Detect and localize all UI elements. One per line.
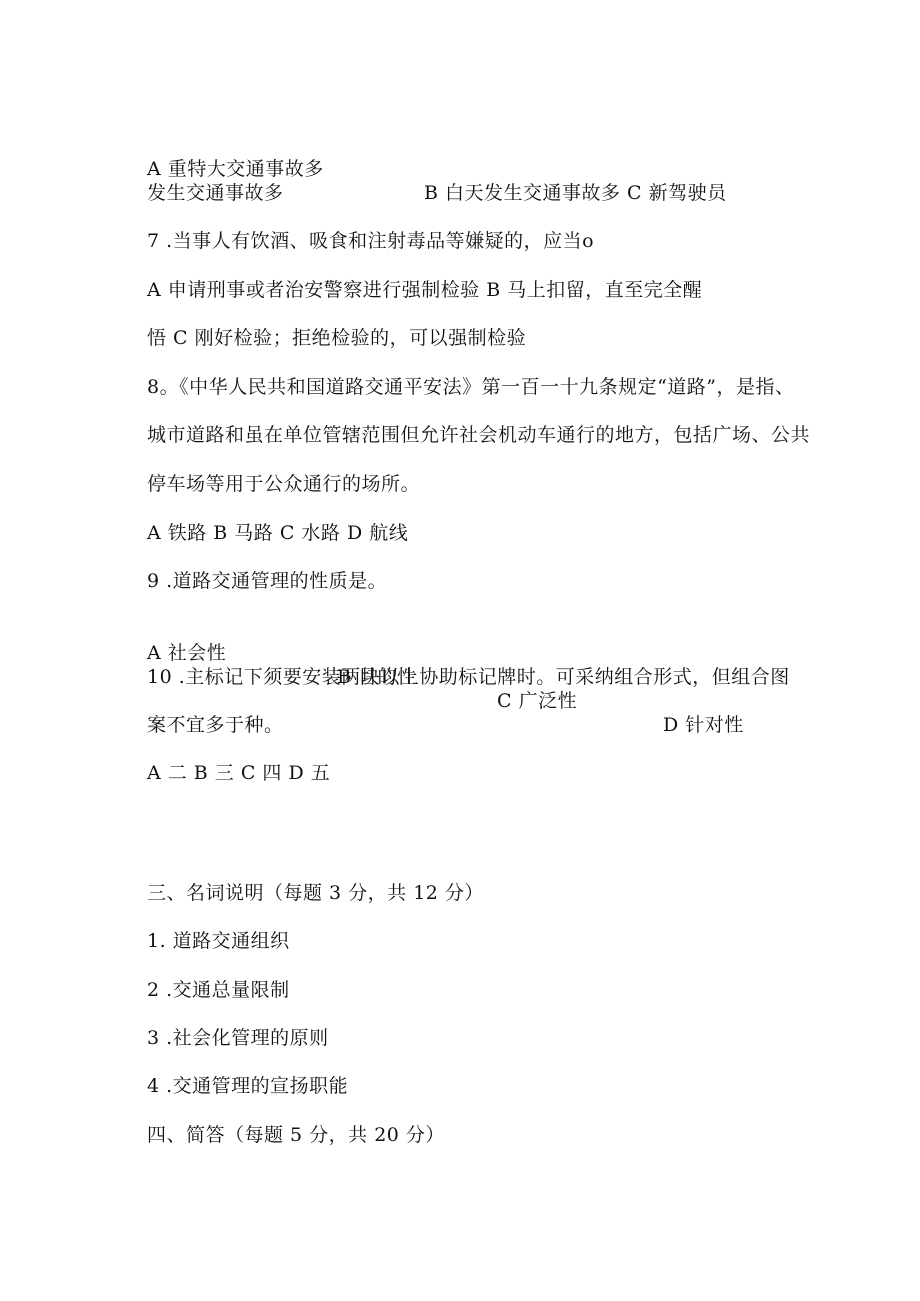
q6-option-a: A 重特大交通事故多 [147, 157, 324, 181]
q7-options-line1: A 申请刑事或者治安警察进行强制检验 B 马上扣留，直至完全醒 [147, 278, 702, 302]
q7-options-line2: 悟 C 刚好检验；拒绝检验的，可以强制检验 [147, 326, 526, 350]
q9-options: A 社会性 B 目的性 C 广泛性 D 针对性 [147, 617, 173, 761]
q9-stem: 9 .道路交通管理的性质是。 [147, 569, 387, 593]
q8-stem-line2: 城市道路和虽在单位管辖范围但允许社会机动车通行的地方，包括广场、公共 [147, 423, 810, 447]
q9-option-a: A 社会性 [147, 641, 226, 665]
section3-item-1: 1. 道路交通组织 [147, 929, 290, 953]
q7-stem: 7 .当事人有饮酒、吸食和注射毒品等嫌疑的，应当o [147, 229, 594, 253]
section3-item-4: 4 .交通管理的宣扬职能 [147, 1074, 348, 1098]
q10-options: A 二 B 三 C 四 D 五 [147, 761, 330, 785]
q10-stem-line1: 10 .主标记下须要安装两块以上协助标记牌时。可采纳组合形式，但组合图 [147, 665, 790, 689]
section3-item-2: 2 .交通总量限制 [147, 978, 290, 1002]
section3-item-3: 3 .社会化管理的原则 [147, 1026, 329, 1050]
q6-options-continuation: 发生交通事故多 [147, 181, 284, 205]
section4-heading: 四、简答（每题 5 分，共 20 分） [147, 1123, 445, 1147]
q9-option-c: C 广泛性 [497, 689, 577, 713]
q8-stem-line3: 停车场等用于公众通行的场所。 [147, 472, 420, 496]
q8-options: A 铁路 B 马路 C 水路 D 航线 [147, 521, 408, 545]
section3-heading: 三、名词说明（每题 3 分，共 12 分） [147, 881, 484, 905]
q9-option-d: D 针对性 [663, 713, 744, 737]
q6-option-bc: B 白天发生交通事故多 C 新驾驶员 [424, 181, 727, 205]
q10-stem-line2: 案不宜多于种。 [147, 713, 284, 737]
q8-stem-line1: 8。《中华人民共和国道路交通平安法》第一百一十九条规定“道路”，是指、 [147, 375, 795, 399]
